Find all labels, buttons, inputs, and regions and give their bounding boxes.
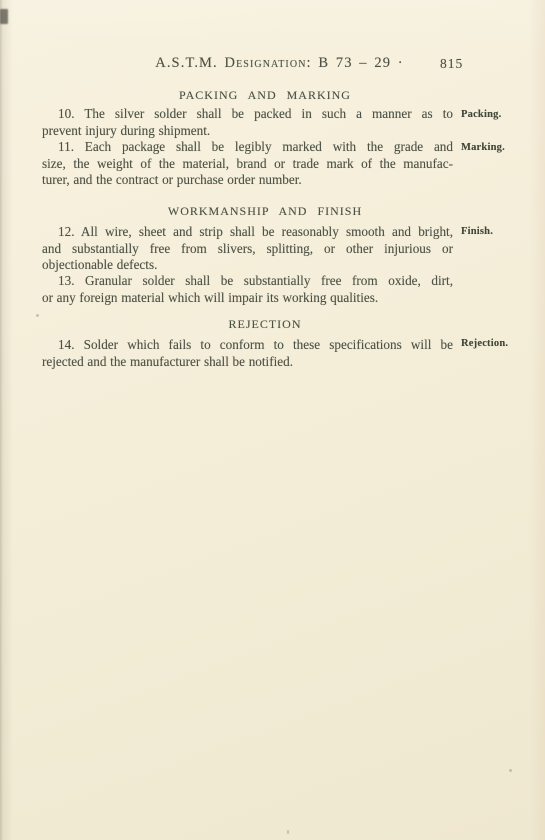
margin-note-finish: Finish. xyxy=(461,226,541,237)
paragraph-line: turer, and the contract or purchase orde… xyxy=(42,172,453,189)
section-heading-rejection: REJECTION xyxy=(0,317,545,332)
section-heading-packing-and-marking: PACKING AND MARKING xyxy=(0,88,545,103)
paper-speck xyxy=(509,769,512,772)
paragraph-line: 13. Granular solder shall be substantial… xyxy=(42,273,453,290)
paragraph-line: 14. Solder which fails to conform to the… xyxy=(42,337,453,354)
paragraph-13: 13. Granular solder shall be substantial… xyxy=(42,273,453,306)
paragraph-11: 11. Each package shall be legibly marked… xyxy=(42,139,453,189)
paper-speck xyxy=(36,314,39,317)
paragraph-line: size, the weight of the material, brand … xyxy=(42,156,453,173)
paragraph-line: or any foreign material which will impai… xyxy=(42,290,453,307)
paragraph-line: prevent injury during shipment. xyxy=(42,123,453,140)
margin-note-rejection: Rejection. xyxy=(461,338,541,349)
page-header-designation: A.S.T.M. Designation: B 73 – 29 · xyxy=(0,55,545,72)
margin-note-marking: Marking. xyxy=(461,142,541,153)
paragraph-line: 11. Each package shall be legibly marked… xyxy=(42,139,453,156)
section-heading-workmanship-and-finish: WORKMANSHIP AND FINISH xyxy=(0,204,545,219)
paragraph-line: rejected and the manufacturer shall be n… xyxy=(42,354,453,371)
paragraph-line: 12. All wire, sheet and strip shall be r… xyxy=(42,224,453,241)
paragraph-line: and substantially free from slivers, spl… xyxy=(42,241,453,258)
page-number: 815 xyxy=(440,56,463,72)
paper-speck xyxy=(287,830,289,834)
scan-edge-smudge xyxy=(0,9,8,24)
margin-note-packing: Packing. xyxy=(461,109,541,120)
paragraph-14: 14. Solder which fails to conform to the… xyxy=(42,337,453,370)
paragraph-line: 10. The silver solder shall be packed in… xyxy=(42,106,453,123)
paragraph-12: 12. All wire, sheet and strip shall be r… xyxy=(42,224,453,274)
document-page: A.S.T.M. Designation: B 73 – 29 · 815 PA… xyxy=(0,0,545,840)
paragraph-10: 10. The silver solder shall be packed in… xyxy=(42,106,453,139)
paragraph-line: objectionable defects. xyxy=(42,257,453,274)
